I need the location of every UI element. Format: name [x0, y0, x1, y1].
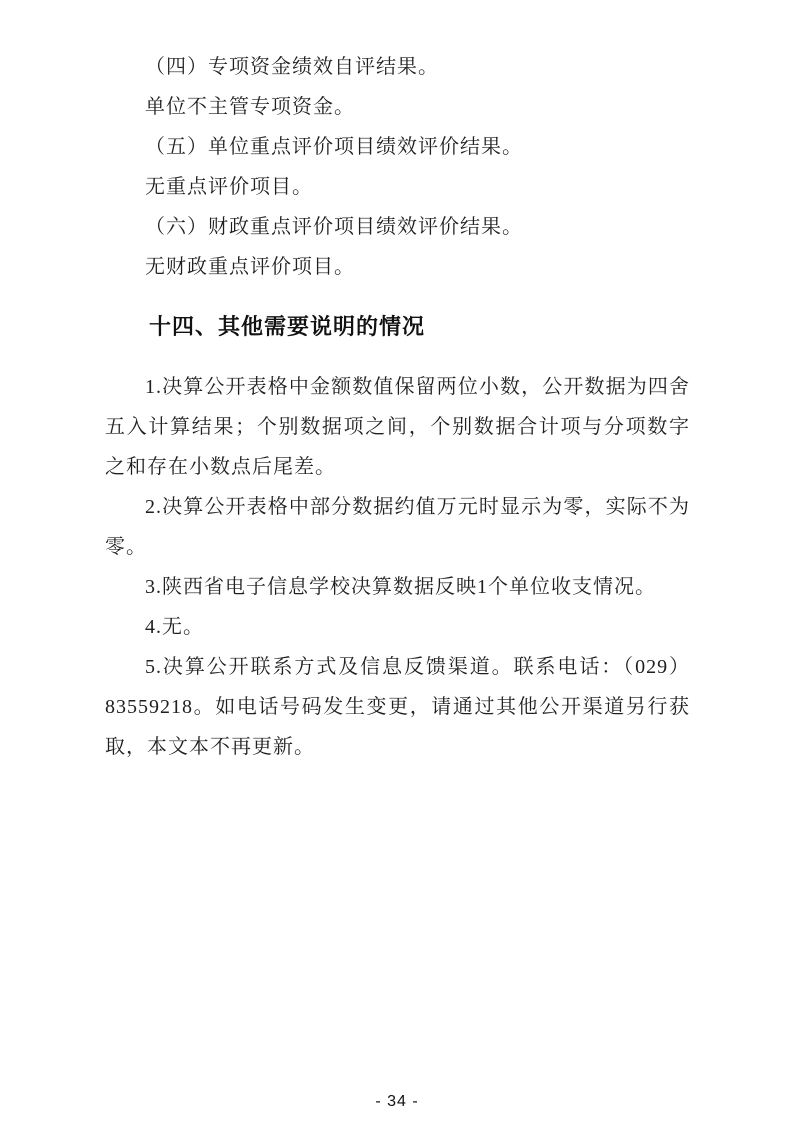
- note-paragraph-1: 1.决算公开表格中金额数值保留两位小数，公开数据为四舍五入计算结果；个别数据项之…: [105, 367, 690, 487]
- page-number: - 34 -: [375, 1093, 418, 1110]
- document-content: （四）专项资金绩效自评结果。 单位不主管专项资金。 （五）单位重点评价项目绩效评…: [0, 0, 794, 767]
- note-paragraph-4: 4.无。: [105, 607, 690, 647]
- section-heading: 十四、其他需要说明的情况: [105, 307, 690, 347]
- document-page: （四）专项资金绩效自评结果。 单位不主管专项资金。 （五）单位重点评价项目绩效评…: [0, 0, 794, 1123]
- note-paragraph-2: 2.决算公开表格中部分数据约值万元时显示为零，实际不为零。: [105, 487, 690, 567]
- subsection-title-5: （五）单位重点评价项目绩效评价结果。: [105, 127, 690, 167]
- subsection-4-body: 单位不主管专项资金。: [105, 87, 690, 127]
- subsection-title-6: （六）财政重点评价项目绩效评价结果。: [105, 207, 690, 247]
- page-footer: - 34 -: [0, 1093, 794, 1111]
- note-paragraph-3: 3.陕西省电子信息学校决算数据反映1个单位收支情况。: [105, 567, 690, 607]
- subsection-title-4: （四）专项资金绩效自评结果。: [105, 47, 690, 87]
- subsection-5-body: 无重点评价项目。: [105, 167, 690, 207]
- note-paragraph-5: 5.决算公开联系方式及信息反馈渠道。联系电话：（029）83559218。如电话…: [105, 647, 690, 767]
- subsection-6-body: 无财政重点评价项目。: [105, 247, 690, 287]
